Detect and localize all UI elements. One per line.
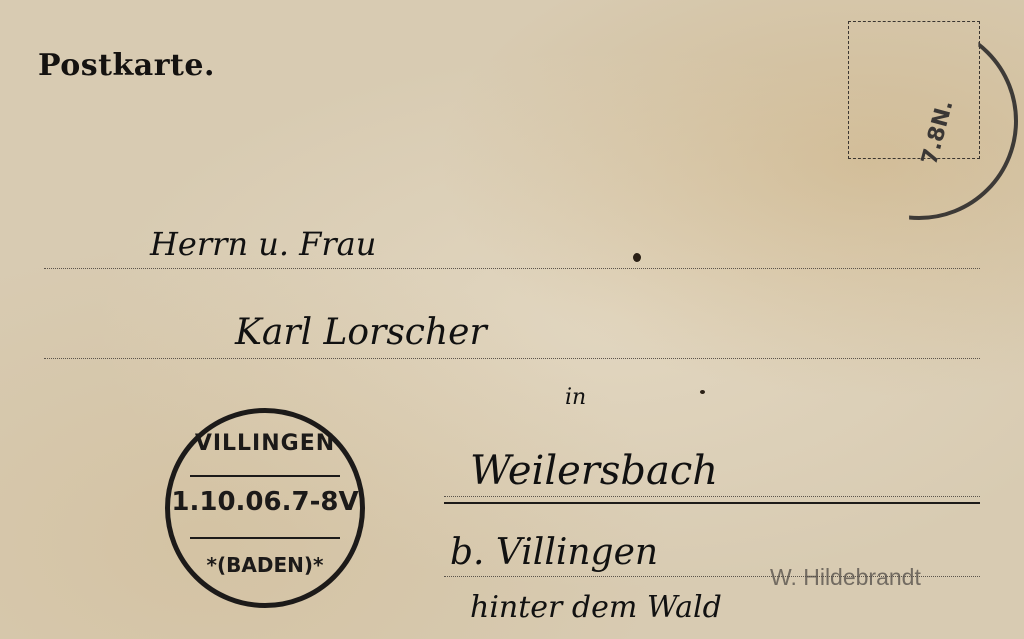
- address-salutation: Herrn u. Frau: [150, 225, 376, 263]
- postmark-date: 1.10.06.7-8V: [170, 487, 360, 517]
- stamp-placeholder-box: [848, 21, 980, 159]
- address-line-3-underline: [444, 502, 980, 504]
- ink-spot: [700, 390, 705, 394]
- postmark-band-top: [190, 475, 340, 477]
- postmark-city: VILLINGEN: [170, 431, 360, 456]
- ink-spot: [633, 253, 641, 262]
- postmark-band-bottom: [190, 537, 340, 539]
- address-name: Karl Lorscher: [235, 312, 487, 353]
- address-line-3-rule: [444, 496, 980, 497]
- address-district: b. Villingen: [450, 532, 658, 573]
- watermark: W. Hildebrandt: [770, 564, 921, 591]
- postcard-title: Postkarte.: [38, 48, 215, 83]
- postmark-villingen: VILLINGEN 1.10.06.7-8V *(BADEN)*: [165, 408, 365, 608]
- address-preposition: in: [565, 385, 586, 410]
- address-line-2-rule: [44, 358, 980, 359]
- address-street: hinter dem Wald: [470, 590, 722, 625]
- address-town: Weilersbach: [470, 448, 718, 494]
- postmark-region: *(BADEN)*: [170, 553, 360, 577]
- address-line-1-rule: [44, 268, 980, 269]
- postcard: Postkarte. 7.8N. Herrn u. Frau Karl Lors…: [0, 0, 1024, 639]
